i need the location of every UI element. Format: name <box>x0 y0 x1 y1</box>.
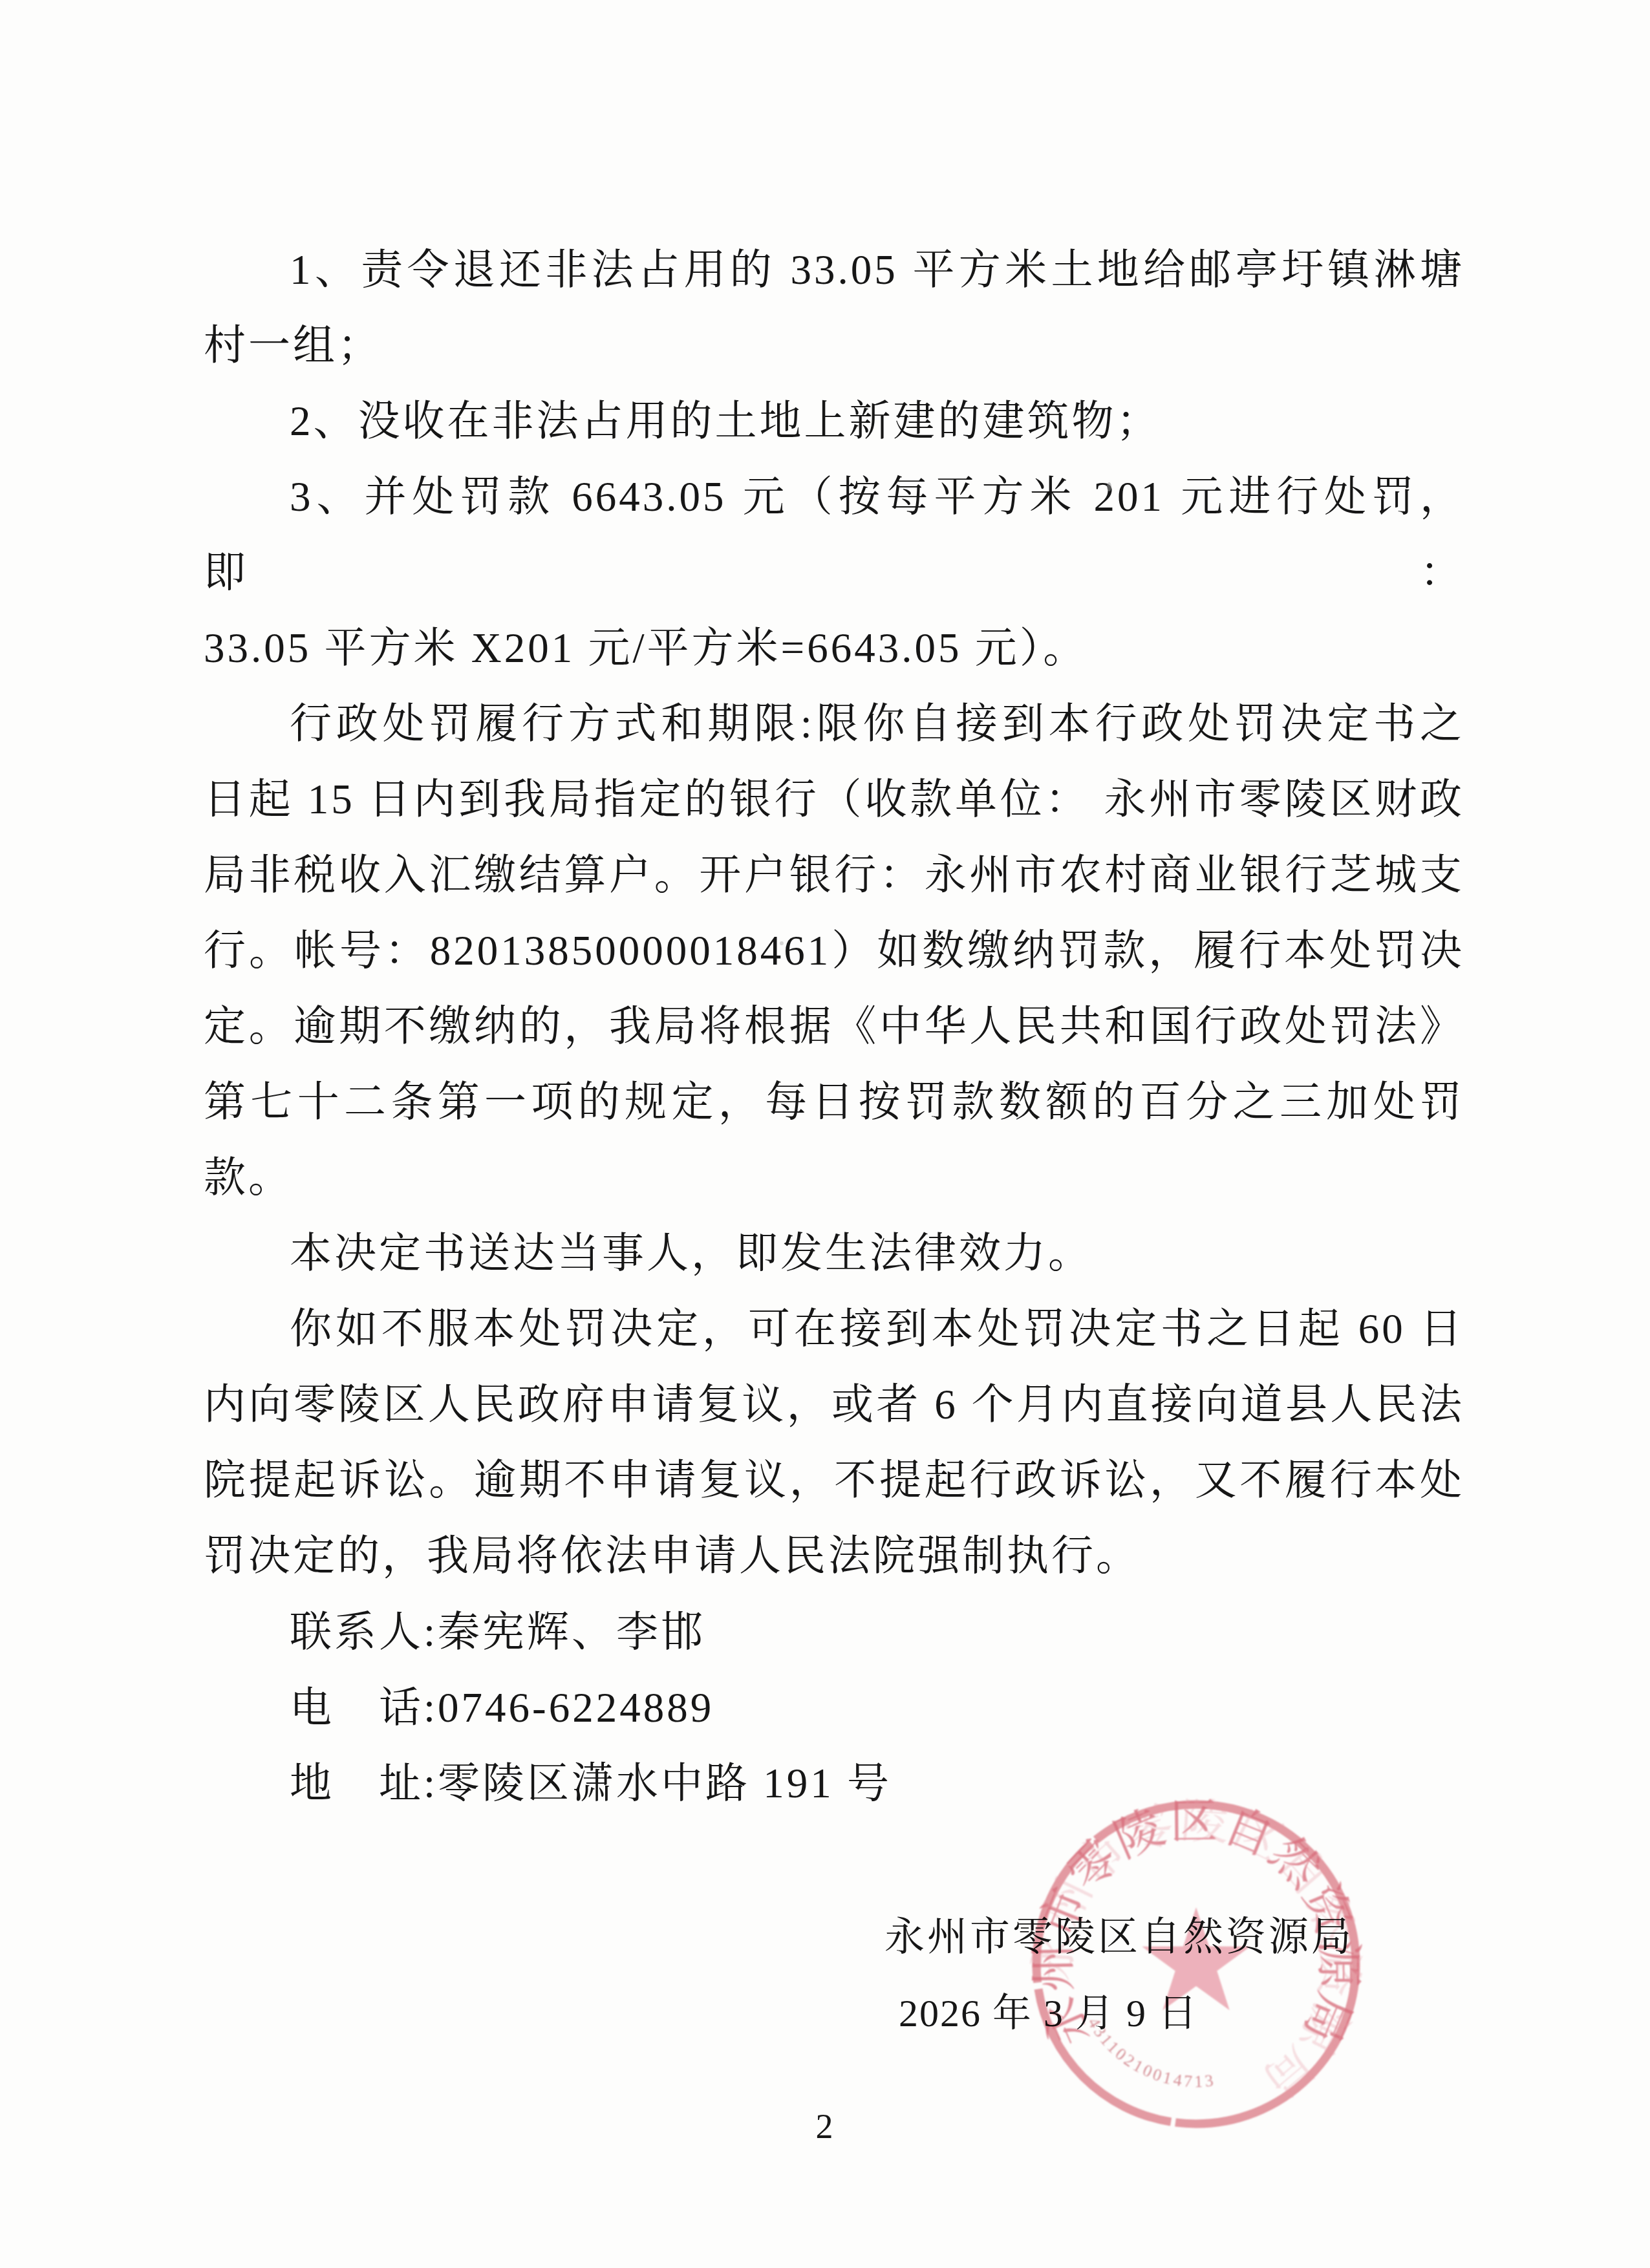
body-line: 院提起诉讼。逾期不申请复议，不提起行政诉讼，又不履行本处 <box>204 1443 1464 1519</box>
official-seal: 永州市零陵区自然资源局 永州市零陵区自然资源局 43110210014713 <box>1015 1783 1377 2145</box>
body-line: 款。 <box>204 1140 1464 1216</box>
contact-phone: 电 话:0746-6224889 <box>204 1671 1464 1746</box>
body-line: 日起 15 日内到我局指定的银行（收款单位： 永州市零陵区财政 <box>204 762 1464 838</box>
seal-star-icon <box>1142 1907 1250 2010</box>
scan-artifact <box>1107 482 1111 491</box>
scan-artifact <box>780 941 784 945</box>
body-line: 3、并处罚款 6643.05 元（按每平方米 201 元进行处罚，即： <box>204 460 1464 611</box>
body-line: 行政处罚履行方式和期限:限你自接到本行政处罚决定书之 <box>204 687 1464 762</box>
scanned-document-page: 1、责令退还非法占用的 33.05 平方米土地给邮亭圩镇淋塘 村一组； 2、没收… <box>0 0 1650 2268</box>
body-line: 定。逾期不缴纳的，我局将根据《中华人民共和国行政处罚法》 <box>204 989 1464 1065</box>
body-line: 本决定书送达当事人，即发生法律效力。 <box>204 1216 1464 1292</box>
document-body: 1、责令退还非法占用的 33.05 平方米土地给邮亭圩镇淋塘 村一组； 2、没收… <box>204 233 1464 1594</box>
body-line: 罚决定的，我局将依法申请人民法院强制执行。 <box>204 1519 1464 1594</box>
body-line: 村一组； <box>204 308 1464 384</box>
body-line: 33.05 平方米 X201 元/平方米=6643.05 元）。 <box>204 611 1464 687</box>
body-line: 内向零陵区人民政府申请复议，或者 6 个月内直接向道县人民法 <box>204 1367 1464 1443</box>
body-line: 1、责令退还非法占用的 33.05 平方米土地给邮亭圩镇淋塘 <box>204 233 1464 308</box>
body-line: 行。帐号：82013850000018461）如数缴纳罚款，履行本处罚决 <box>204 914 1464 989</box>
body-line: 局非税收入汇缴结算户。开户银行：永州市农村商业银行芝城支 <box>204 838 1464 914</box>
contact-person: 联系人:秦宪辉、李邯 <box>204 1595 1464 1671</box>
body-line: 第七十二条第一项的规定，每日按罚款数额的百分之三加处罚 <box>204 1065 1464 1140</box>
page-number: 2 <box>795 2106 853 2146</box>
body-line: 你如不服本处罚决定，可在接到本处罚决定书之日起 60 日 <box>204 1292 1464 1367</box>
seal-serial-number: 43110210014713 <box>1084 2015 1217 2091</box>
body-line: 2、没收在非法占用的土地上新建的建筑物； <box>204 384 1464 460</box>
